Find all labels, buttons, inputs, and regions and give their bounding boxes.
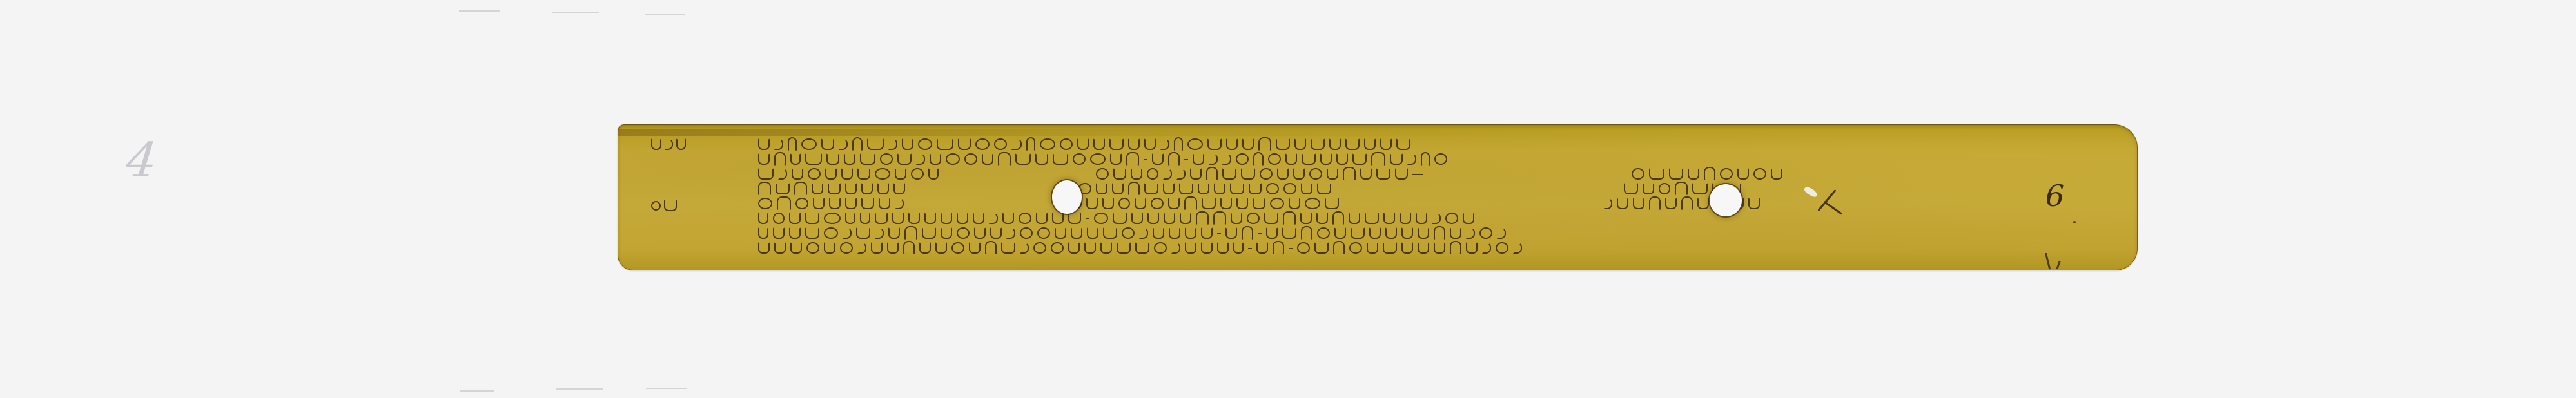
leaf-number: 6 xyxy=(2045,181,2064,211)
bottom-rule-mark xyxy=(646,388,687,389)
manuscript-line-4 xyxy=(758,182,1970,196)
pencil-folio-number: 4 xyxy=(124,137,159,184)
corner-scratch-mark xyxy=(2045,253,2051,270)
ink-speck xyxy=(2073,221,2076,223)
binding-hole-right xyxy=(1710,184,1742,216)
top-rule-mark xyxy=(459,10,500,12)
manuscript-line-1 xyxy=(758,137,1970,151)
manuscript-line-3 xyxy=(758,167,1970,181)
palm-leaf: 6 xyxy=(618,124,2138,270)
manuscript-line-6 xyxy=(758,211,1970,225)
top-rule-mark xyxy=(645,14,685,15)
manuscript-line-8 xyxy=(758,241,1970,255)
bottom-rule-mark xyxy=(556,388,603,390)
manuscript-line-2 xyxy=(758,152,1970,166)
manuscript-line-7 xyxy=(758,226,1970,240)
manuscript-line-5 xyxy=(758,196,1970,211)
top-rule-mark xyxy=(552,12,599,13)
margin-note-line-5 xyxy=(651,200,677,211)
binding-hole-left xyxy=(1052,180,1082,214)
corner-scratch-mark xyxy=(2056,260,2061,269)
margin-note-line-1 xyxy=(651,138,686,150)
scan-canvas: { "page": { "background_color": "#f4f4f5… xyxy=(0,0,2576,398)
bottom-rule-mark xyxy=(460,390,494,392)
